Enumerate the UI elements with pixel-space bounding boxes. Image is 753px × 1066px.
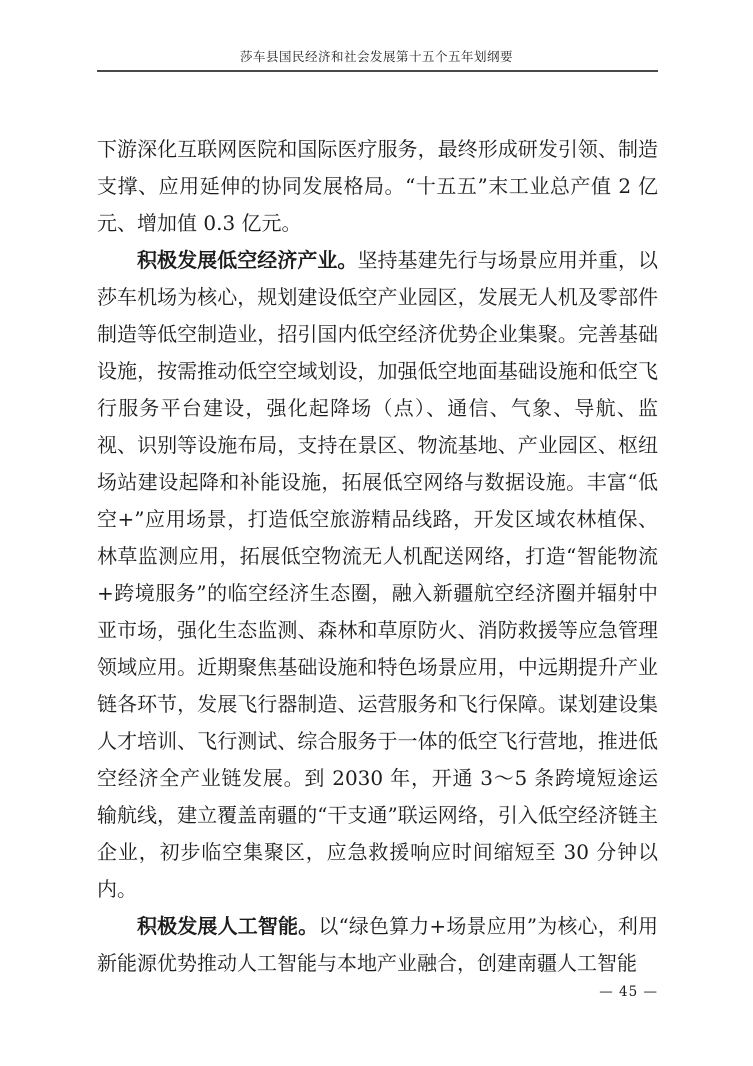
document-body: 下游深化互联网医院和国际医疗服务，最终形成研发引领、制造支撑、应用延伸的协同发展… — [97, 131, 658, 982]
header-title: 莎车县国民经济和社会发展第十五个五年划纲要 — [0, 47, 753, 65]
paragraph: 积极发展低空经济产业。坚持基建先行与场景应用并重，以莎车机场为核心，规划建设低空… — [97, 242, 658, 908]
paragraph-text: 下游深化互联网医院和国际医疗服务，最终形成研发引领、制造支撑、应用延伸的协同发展… — [97, 137, 658, 235]
paragraph-lead: 积极发展低空经济产业。 — [137, 248, 357, 272]
page-footer: — 45 — — [97, 984, 658, 1000]
paragraph: 下游深化互联网医院和国际医疗服务，最终形成研发引领、制造支撑、应用延伸的协同发展… — [97, 131, 658, 242]
document-page: 莎车县国民经济和社会发展第十五个五年划纲要 下游深化互联网医院和国际医疗服务，最… — [0, 0, 753, 1066]
paragraph-lead: 积极发展人工智能。 — [137, 914, 318, 938]
header-rule — [97, 70, 658, 72]
paragraph-text: 坚持基建先行与场景应用并重，以莎车机场为核心，规划建设低空产业园区，发展无人机及… — [97, 248, 658, 901]
paragraph: 积极发展人工智能。以“绿色算力+场景应用”为核心，利用新能源优势推动人工智能与本… — [97, 908, 658, 982]
page-number: — 45 — — [599, 984, 658, 1000]
